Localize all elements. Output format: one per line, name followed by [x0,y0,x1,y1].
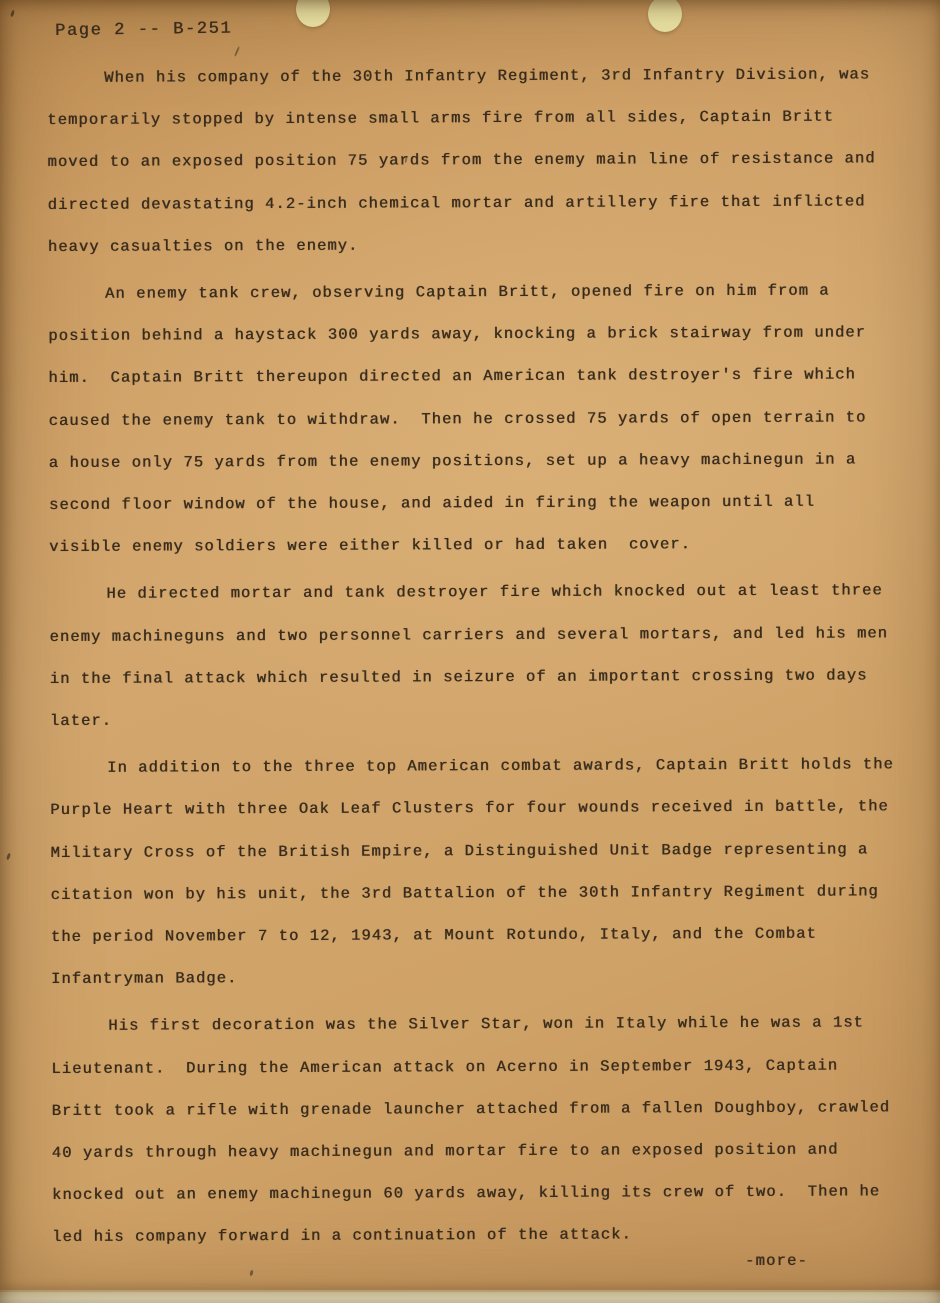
page-header: Page 2 -- B-251 [55,20,232,41]
more-indicator: -more- [745,1252,808,1270]
text-line: Lieutenant. During the American attack o… [51,1044,923,1090]
text-line: later. [50,696,922,742]
ink-speck [6,853,11,861]
text-line: second floor window of the house, and ai… [49,480,921,526]
text-line: Infantryman Badge. [51,954,923,1000]
ink-speck [249,1270,253,1277]
punch-hole-right [648,0,682,32]
typewritten-page: Page 2 -- B-251 When his company of the … [0,0,940,1303]
text-line: 40 yards through heavy machinegun and mo… [52,1128,924,1174]
text-line: the period November 7 to 12, 1943, at Mo… [51,912,923,958]
text-line: directed devastating 4.2-inch chemical m… [48,180,920,226]
text-line: in the final attack which resulted in se… [50,654,922,700]
text-line: temporarily stopped by intense small arm… [47,95,919,141]
text-line: An enemy tank crew, observing Captain Br… [48,269,920,315]
text-line: knocked out an enemy machinegun 60 yards… [52,1170,924,1216]
text-line: visible enemy soldiers were either kille… [49,522,921,568]
text-line: He directed mortar and tank destroyer fi… [49,570,921,616]
paragraph-1: When his company of the 30th Infantry Re… [47,53,920,268]
paragraph-4: In addition to the three top American co… [50,743,923,1000]
ink-speck [10,10,15,18]
text-line: position behind a haystack 300 yards awa… [48,311,920,357]
document-body: When his company of the 30th Infantry Re… [47,53,924,1263]
text-line: him. Captain Britt thereupon directed an… [48,354,920,400]
paragraph-2: An enemy tank crew, observing Captain Br… [48,269,921,568]
text-line: a house only 75 yards from the enemy pos… [49,438,921,484]
paragraph-5: His first decoration was the Silver Star… [51,1002,924,1259]
text-line: citation won by his unit, the 3rd Battal… [51,870,923,916]
text-line: Purple Heart with three Oak Leaf Cluster… [50,786,922,832]
text-line: heavy casualties on the enemy. [48,222,920,268]
paragraph-3: He directed mortar and tank destroyer fi… [49,570,922,743]
text-line: When his company of the 30th Infantry Re… [47,53,919,99]
text-line: In addition to the three top American co… [50,743,922,789]
text-line: His first decoration was the Silver Star… [51,1002,923,1048]
next-page-edge [0,1290,940,1303]
text-line: moved to an exposed position 75 yards fr… [47,138,919,184]
text-line: Britt took a rifle with grenade launcher… [52,1086,924,1132]
punch-hole-left [296,0,330,27]
text-line: Military Cross of the British Empire, a … [50,828,922,874]
text-line: caused the enemy tank to withdraw. Then … [48,396,920,442]
text-line: enemy machineguns and two personnel carr… [49,612,921,658]
